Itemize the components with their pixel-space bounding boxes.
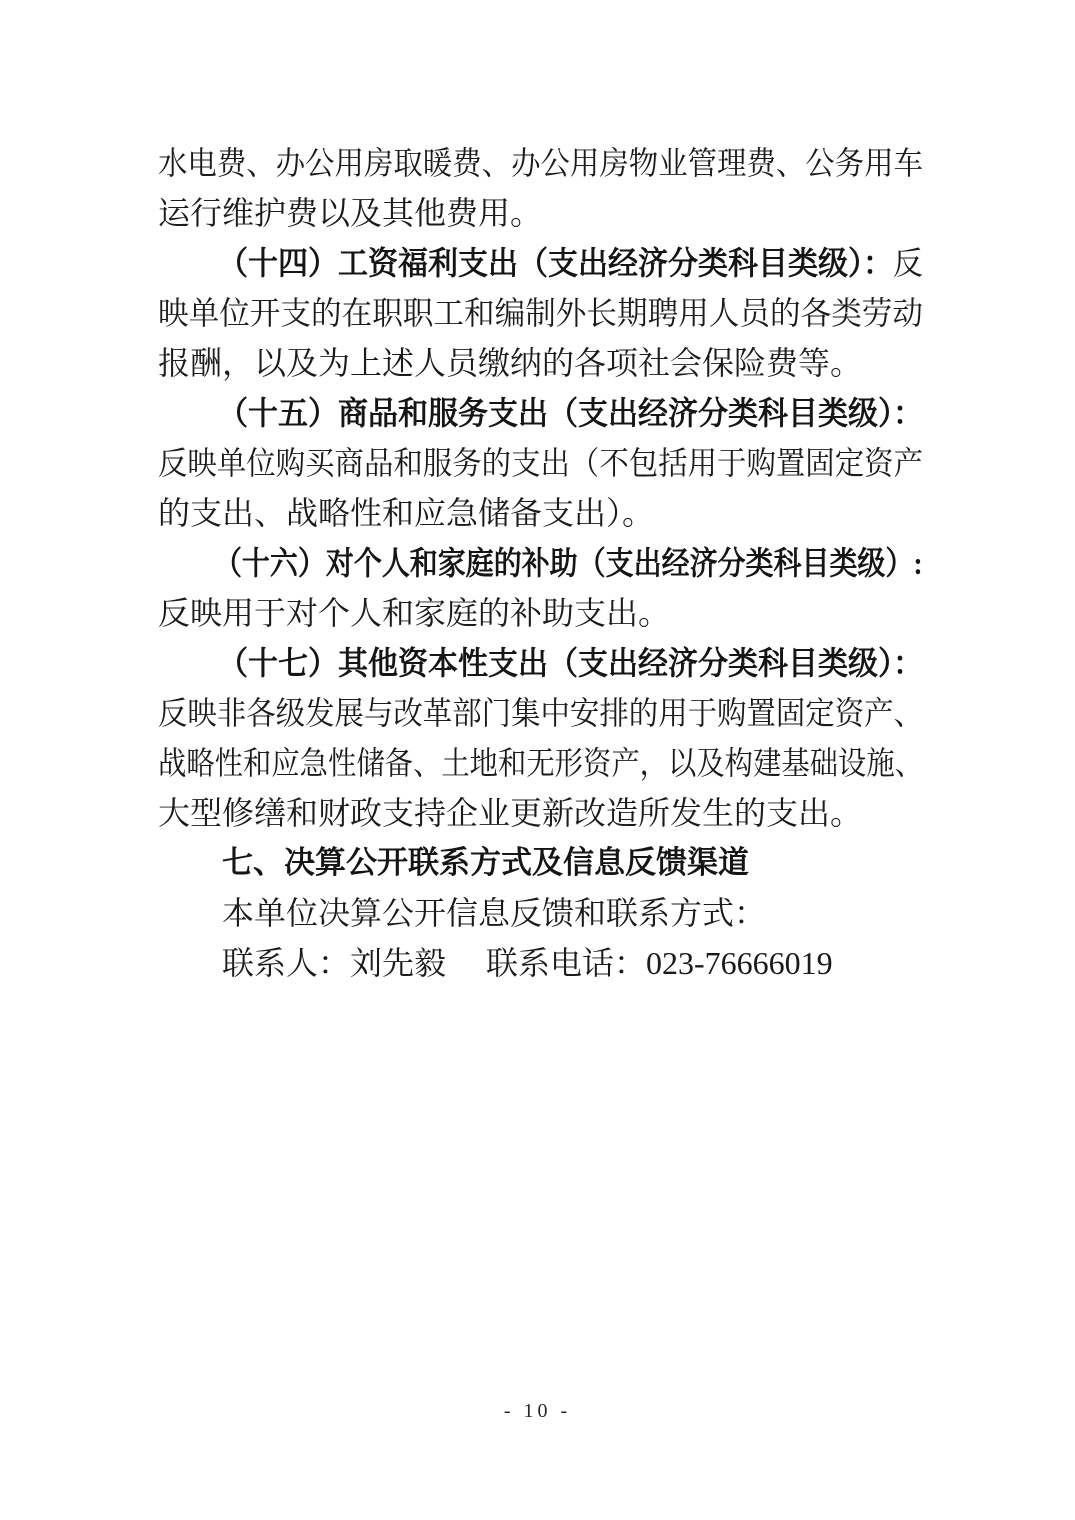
body-text: 反映非各级发展与改革部门集中安排的用于购置固定资产、 xyxy=(158,695,923,731)
body-text: 本单位决算公开信息反馈和联系方式： xyxy=(222,895,766,931)
text-line: （十七）其他资本性支出（支出经济分类科目类级）： xyxy=(158,638,875,688)
body-text: 战略性和应急性储备、土地和无形资产，以及构建基础设施、 xyxy=(158,745,923,781)
body-text: 反映用于对个人和家庭的补助支出。 xyxy=(158,595,670,631)
text-line: 战略性和应急性储备、土地和无形资产，以及构建基础设施、 xyxy=(158,738,835,788)
body-text: 联系人：刘先毅 联系电话：023-76666019 xyxy=(222,945,833,981)
text-line: 大型修缮和财政支持企业更新改造所发生的支出。 xyxy=(158,788,923,838)
lead-in-text: 七、决算公开联系方式及信息反馈渠道 xyxy=(222,845,749,880)
text-line: 反映用于对个人和家庭的补助支出。 xyxy=(158,588,923,638)
body-text: 反 xyxy=(893,245,923,281)
body-text: 的支出、战略性和应急储备支出）。 xyxy=(158,495,654,531)
text-line: 联系人：刘先毅 联系电话：023-76666019 xyxy=(158,938,923,988)
text-line: 映单位开支的在职职工和编制外长期聘用人员的各类劳动 xyxy=(158,288,890,338)
body-text: 大型修缮和财政支持企业更新改造所发生的支出。 xyxy=(158,795,862,831)
text-line: （十四）工资福利支出（支出经济分类科目类级）：反 xyxy=(158,238,875,288)
text-line: 的支出、战略性和应急储备支出）。 xyxy=(158,488,923,538)
text-line: 水电费、办公用房取暖费、办公用房物业管理费、公务用车 xyxy=(158,138,861,188)
text-line: 运行维护费以及其他费用。 xyxy=(158,188,923,238)
lead-in-text: （十七）其他资本性支出（支出经济分类科目类级）： xyxy=(218,645,923,681)
document-body: 水电费、办公用房取暖费、办公用房物业管理费、公务用车运行维护费以及其他费用。（十… xyxy=(158,138,923,988)
page-footer: - 10 - xyxy=(0,1400,1075,1423)
text-line: 本单位决算公开信息反馈和联系方式： xyxy=(158,888,923,938)
text-line: （十六）对个人和家庭的补助（支出经济分类科目类级）: xyxy=(158,538,827,588)
lead-in-text: （十四）工资福利支出（支出经济分类科目类级）： xyxy=(218,245,893,281)
text-line: 反映单位购买商品和服务的支出（不包括用于购置固定资产 xyxy=(158,438,861,488)
lead-in-text: （十六）对个人和家庭的补助（支出经济分类科目类级）: xyxy=(214,545,923,581)
document-page: 水电费、办公用房取暖费、办公用房物业管理费、公务用车运行维护费以及其他费用。（十… xyxy=(0,0,1075,1520)
body-text: 运行维护费以及其他费用。 xyxy=(158,195,542,231)
body-text: 报酬，以及为上述人员缴纳的各项社会保险费等。 xyxy=(158,345,862,381)
lead-in-text: （十五）商品和服务支出（支出经济分类科目类级）： xyxy=(218,395,923,431)
body-text: 反映单位购买商品和服务的支出（不包括用于购置固定资产 xyxy=(158,445,923,481)
text-line: 报酬，以及为上述人员缴纳的各项社会保险费等。 xyxy=(158,338,923,388)
body-text: 水电费、办公用房取暖费、办公用房物业管理费、公务用车 xyxy=(158,145,923,181)
text-line: 反映非各级发展与改革部门集中安排的用于购置固定资产、 xyxy=(158,688,861,738)
text-line: （十五）商品和服务支出（支出经济分类科目类级）： xyxy=(158,388,875,438)
body-text: 映单位开支的在职职工和编制外长期聘用人员的各类劳动 xyxy=(158,295,923,331)
page-number: - 10 - xyxy=(504,1400,571,1422)
section-heading: 七、决算公开联系方式及信息反馈渠道 xyxy=(158,838,923,888)
